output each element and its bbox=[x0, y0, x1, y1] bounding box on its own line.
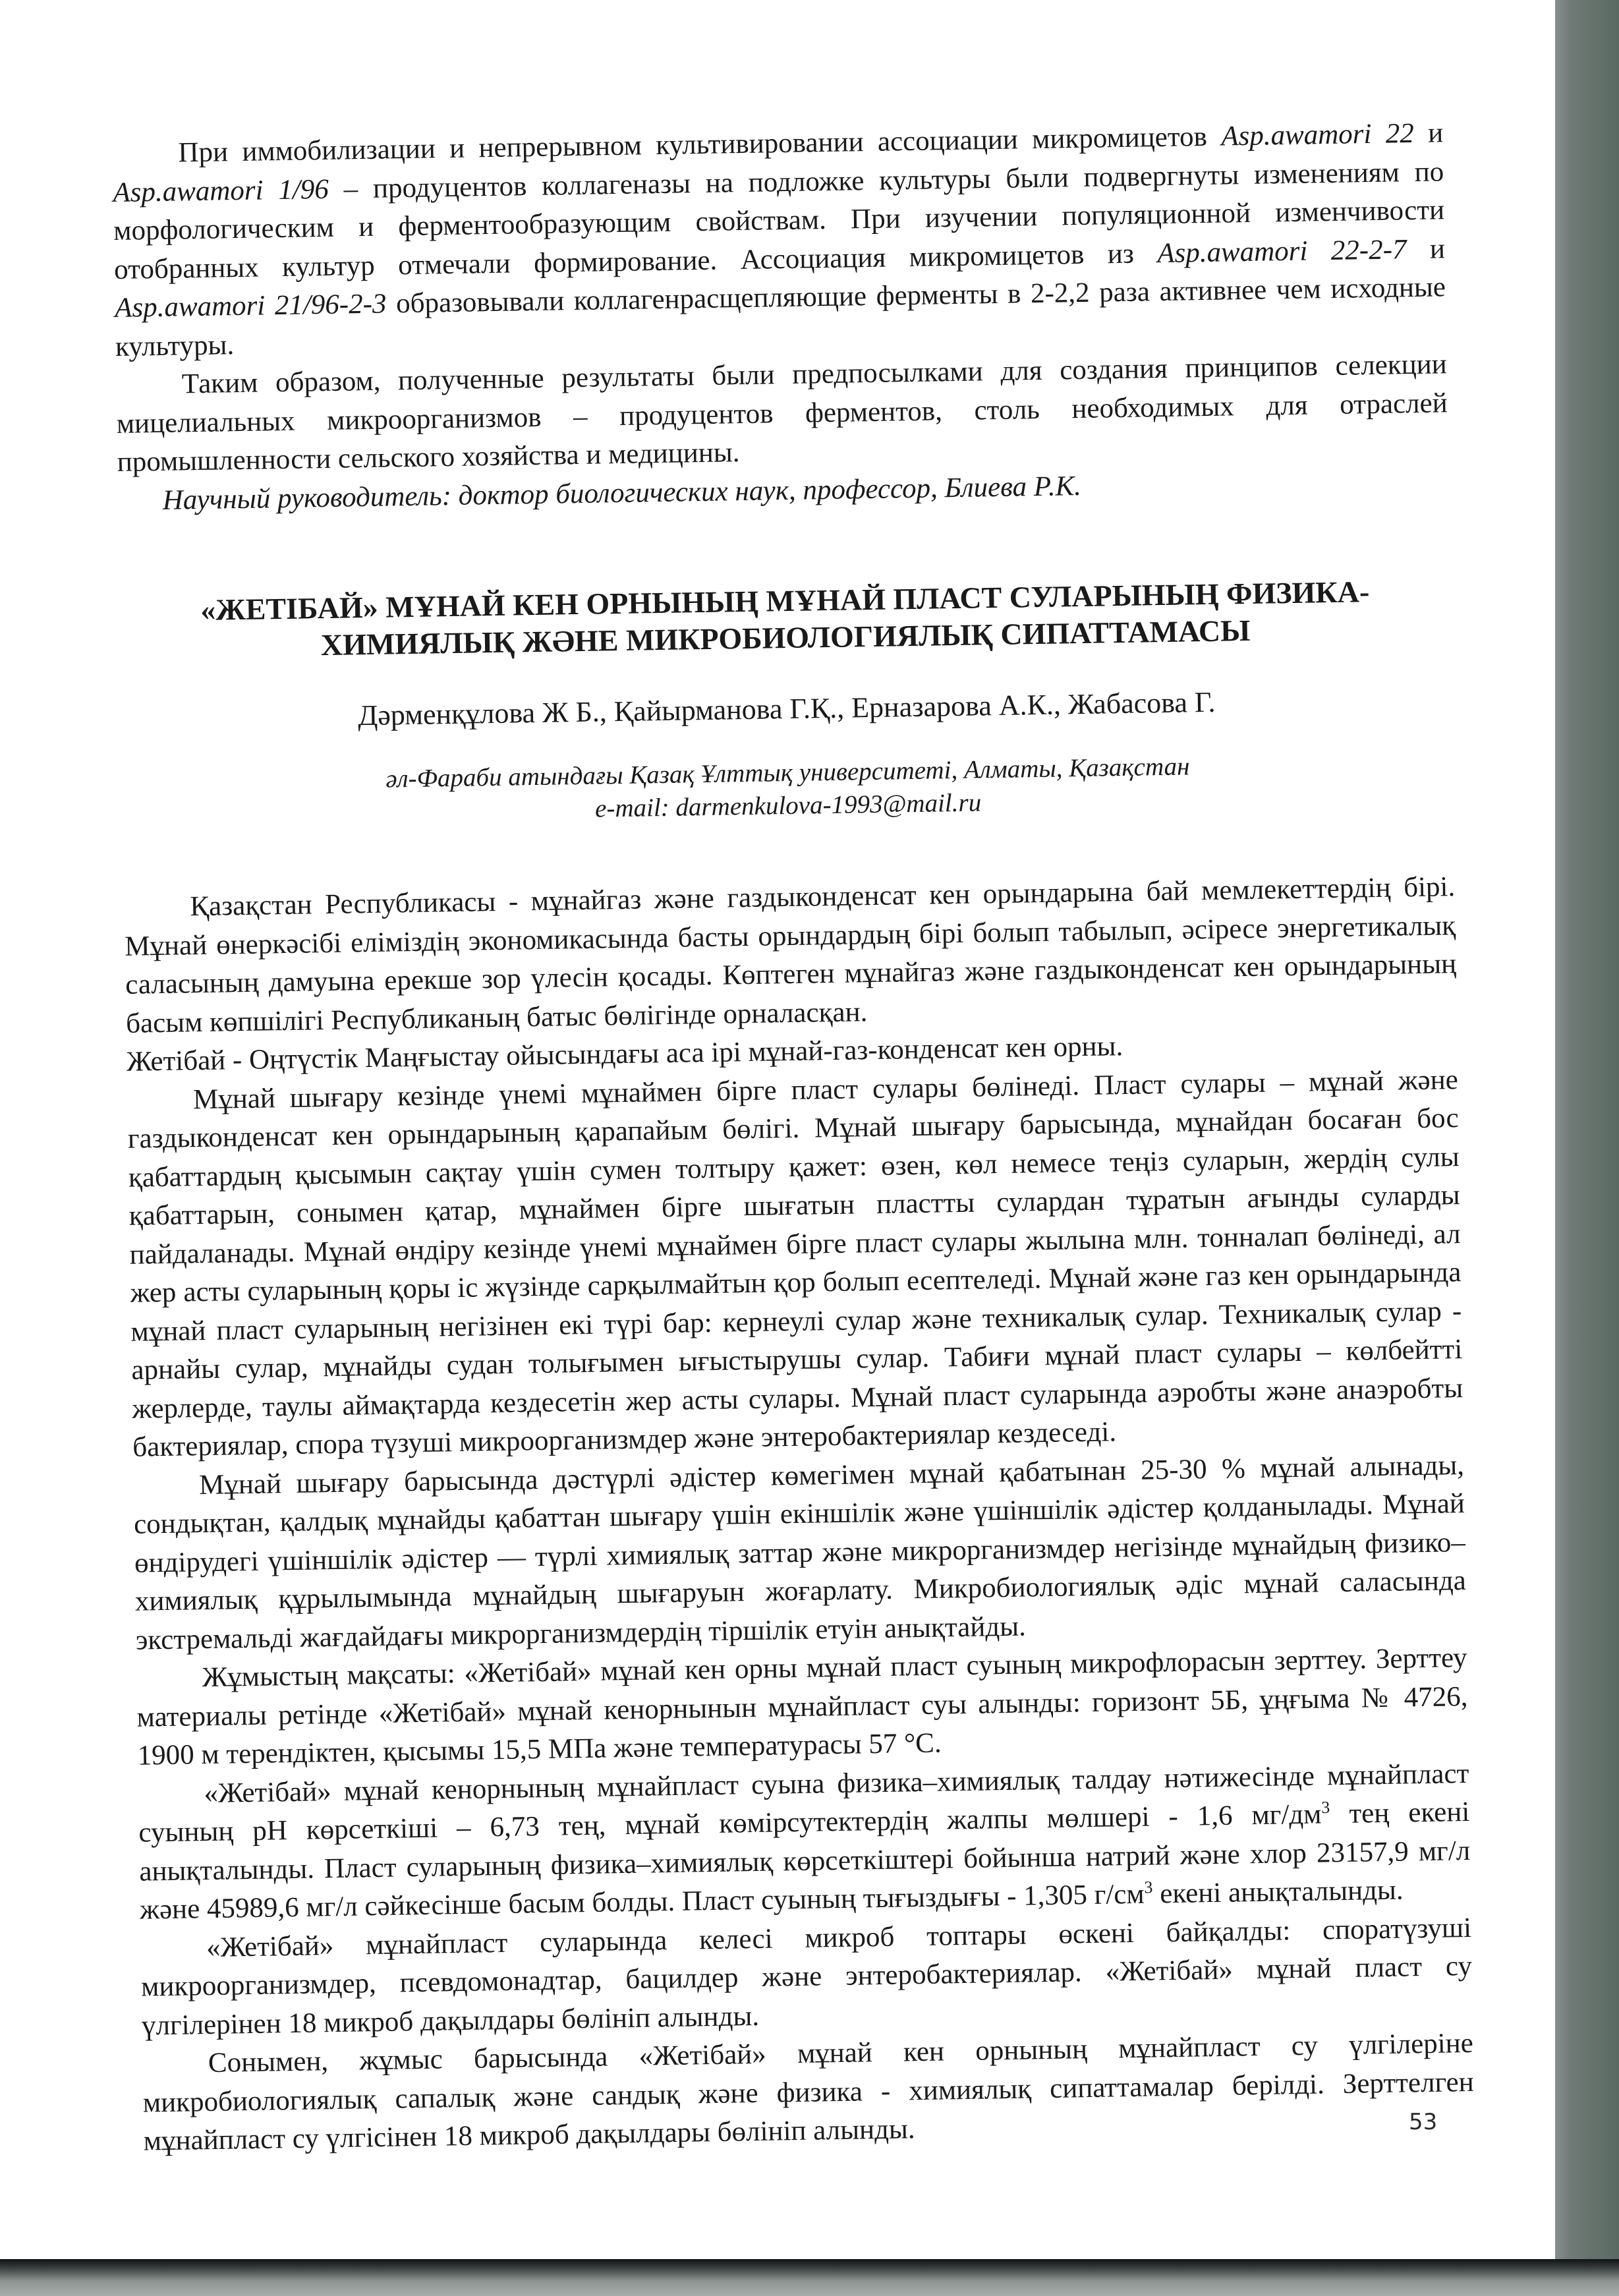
species-name: Asp.awamori 1/96 bbox=[113, 173, 329, 208]
superscript: 3 bbox=[1321, 1798, 1330, 1817]
body-paragraph-microbes: «Жетібай» мұнайпласт суларында келесі ми… bbox=[140, 1909, 1473, 2045]
text-segment: и bbox=[1413, 117, 1443, 149]
species-name: Asp.awamori 22 bbox=[1221, 118, 1414, 152]
previous-article-paragraph-2: Таким образом, полученные результаты был… bbox=[116, 345, 1449, 482]
species-name: Asp.awamori 22-2-7 bbox=[1157, 234, 1407, 269]
text-segment: и bbox=[1406, 233, 1445, 265]
text-segment: При иммобилизации и непрерывном культиви… bbox=[178, 121, 1222, 169]
scan-bottom-edge bbox=[0, 2259, 1619, 2296]
previous-article-paragraph-1: При иммобилизации и непрерывном культиви… bbox=[112, 114, 1446, 366]
body-paragraph-4: Мұнай шығару барысында дәстүрлі әдістер … bbox=[133, 1447, 1467, 1660]
body-paragraph-physchem: «Жетібай» мұнай кенорнының мұнайпласт су… bbox=[138, 1754, 1471, 1930]
body-paragraph-conclusion: Сонымен, жұмыс барысында «Жетібай» мұнай… bbox=[142, 2024, 1475, 2161]
article-title: «ЖЕТІБАЙ» МҰНАЙ КЕН ОРНЫНЫҢ МҰНАЙ ПЛАСТ … bbox=[119, 572, 1452, 667]
page-content: При иммобилизации и непрерывном культиви… bbox=[112, 114, 1475, 2161]
body-paragraph-1: Қазақстан Республикасы - мұнайгаз және г… bbox=[124, 868, 1457, 1043]
body-paragraph-5: Жұмыстың мақсаты: «Жетібай» мұнай кен ор… bbox=[136, 1639, 1469, 1775]
species-name: Asp.awamori 21/96-2-3 bbox=[115, 288, 387, 323]
superscript: 3 bbox=[1144, 1878, 1152, 1897]
article-affiliation-block: әл-Фараби атындағы Қазақ Ұлттық универси… bbox=[122, 746, 1454, 833]
page-number: 53 bbox=[1409, 2109, 1437, 2135]
article-body: Қазақстан Республикасы - мұнайгаз және г… bbox=[124, 868, 1475, 2161]
body-paragraph-3: Мұнай шығару кезінде үнемі мұнаймен бірг… bbox=[127, 1061, 1464, 1468]
article-authors: Дәрменқұлова Ж Б., Қайырманова Г.Қ., Ерн… bbox=[121, 679, 1452, 739]
scanned-page: При иммобилизации и непрерывном культиви… bbox=[0, 0, 1555, 2260]
text-segment: екені анықталынды. bbox=[1152, 1875, 1404, 1910]
